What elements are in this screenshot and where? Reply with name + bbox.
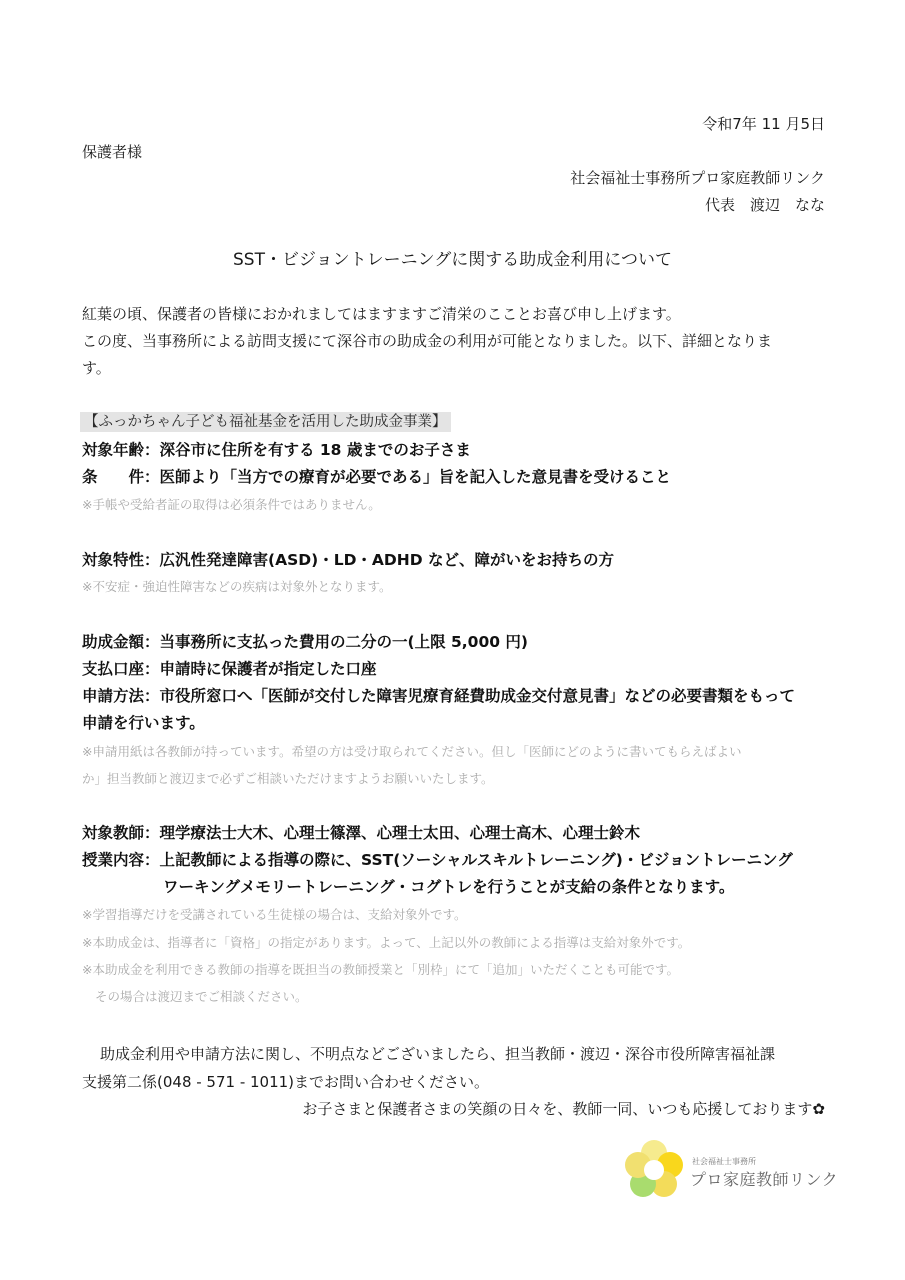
method-note-line-2: か」担当教師と渡辺まで必ずご相談いただけますようお願いいたします。 <box>82 773 494 786</box>
flower-logo-icon <box>624 1140 684 1200</box>
logo-name: プロ家庭教師リンク <box>690 1167 838 1190</box>
closing-line-3: お子さまと保護者さまの笑顔の日々を、教師一同、いつも応援しております✿ <box>302 1102 825 1117</box>
recipient: 保護者様 <box>82 145 142 160</box>
note-3: ※本助成金を利用できる教師の指導を既担当の教師授業と「別枠」にて「追加」いただく… <box>82 964 679 977</box>
payment-account: 支払口座：申請時に保護者が指定した口座 <box>82 662 377 678</box>
intro-line-2: この度、当事務所による訪問支援にて深谷市の助成金の利用が可能となりました。以下、… <box>82 334 772 349</box>
note-1: ※学習指導だけを受講されている生徒様の場合は、支給対象外です。 <box>82 909 466 922</box>
method-note-line-1: ※申請用紙は各教師が持っています。希望の方は受け取られてください。但し「医師にど… <box>82 746 741 759</box>
program-heading: 【ふっかちゃん子ども福祉基金を活用した助成金事業】 <box>80 413 451 430</box>
eligibility-traits: 対象特性：広汎性発達障害(ASD)・LD・ADHD など、障がいをお持ちの方 <box>82 553 614 569</box>
flower-mark-icon: ✿ <box>812 1100 825 1118</box>
closing-message: お子さまと保護者さまの笑顔の日々を、教師一同、いつも応援しております <box>302 1100 812 1118</box>
lesson-content-line-1: 授業内容：上記教師による指導の際に、SST(ソーシャルスキルトレーニング)・ビジ… <box>82 853 793 869</box>
condition-note: ※手帳や受給者証の取得は必須条件ではありません。 <box>82 499 381 512</box>
sender-representative: 代表 渡辺 なな <box>705 198 825 213</box>
program-heading-text: 【ふっかちゃん子ども福祉基金を活用した助成金事業】 <box>80 412 451 432</box>
subsidy-amount: 助成金額：当事務所に支払った費用の二分の一(上限 5,000 円) <box>82 635 528 651</box>
closing-line-2: 支援第二係(048 - 571 - 1011)までお問い合わせください。 <box>82 1075 489 1090</box>
closing-line-1: 助成金利用や申請方法に関し、不明点などございましたら、担当教師・渡辺・深谷市役所… <box>100 1047 775 1062</box>
eligibility-condition: 条 件：医師より「当方での療育が必要である」旨を記入した意見書を受けること <box>82 470 671 486</box>
note-2: ※本助成金は、指導者に「資格」の指定があります。よって、上記以外の教師による指導… <box>82 937 690 950</box>
intro-line-3: す。 <box>82 361 111 376</box>
document-title: SST・ビジョントレーニングに関する助成金利用について <box>0 252 905 269</box>
intro-line-1: 紅葉の頃、保護者の皆様におかれましてはますますご清栄のこことお喜び申し上げます。 <box>82 307 681 322</box>
application-method-line-2: 申請を行います。 <box>82 716 205 732</box>
document-date: 令和7年 11 月5日 <box>702 117 825 132</box>
lesson-content-line-2: ワーキングメモリートレーニング・コグトレを行うことが支給の条件となります。 <box>163 880 734 896</box>
logo-subtitle: 社会福祉士事務所 <box>692 1156 756 1167</box>
note-4: その場合は渡辺までご相談ください。 <box>95 991 308 1004</box>
company-logo: 社会福祉士事務所 プロ家庭教師リンク <box>624 1140 834 1200</box>
sender-organization: 社会福祉士事務所プロ家庭教師リンク <box>570 171 825 186</box>
eligibility-age: 対象年齢：深谷市に住所を有する 18 歳までのお子さま <box>82 443 471 459</box>
application-method-line-1: 申請方法：市役所窓口へ「医師が交付した障害児療育経費助成金交付意見書」などの必要… <box>82 689 795 705</box>
traits-note: ※不安症・強迫性障害などの疾病は対象外となります。 <box>82 581 391 594</box>
eligible-teachers: 対象教師：理学療法士大木、心理士篠澤、心理士太田、心理士高木、心理士鈴木 <box>82 826 640 842</box>
